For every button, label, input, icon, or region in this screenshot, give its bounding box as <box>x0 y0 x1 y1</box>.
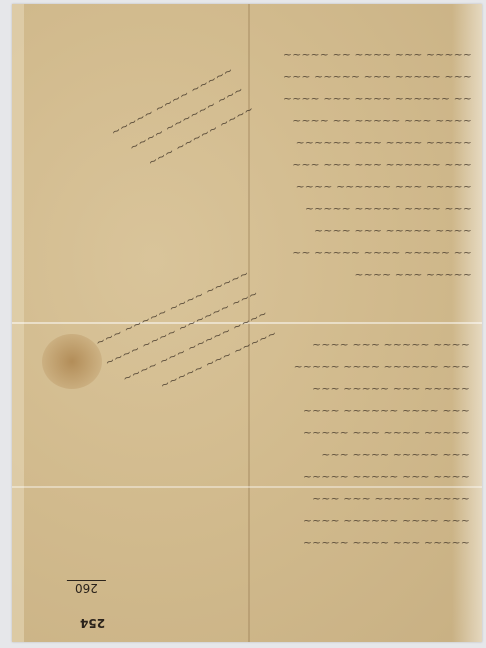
ink-stain <box>42 334 102 389</box>
right-column-text-bottom: ~~~~ ~~~~~ ~~~ ~~~~~~~ ~~~~~~ ~~~~ ~~~~~… <box>260 334 470 554</box>
diagonal-marginal-note: ~~~~~ ~~~~ ~~~~~~~~ ~~~~~~ ~~~~~~~~ ~~~~… <box>107 60 258 182</box>
diagonal-marginal-note: ~~~~~ ~~~~ ~~~~~ ~~~~~~ ~~~~~~ ~~~~ ~~~~… <box>92 263 281 413</box>
folio-number-upper: 260 <box>67 580 106 595</box>
right-column-text-top: ~~~~~ ~~~ ~~~~ ~~ ~~~~~~~~ ~~~~~ ~~~ ~~~… <box>262 44 472 286</box>
manuscript-page: ~~~~~ ~~~ ~~~~ ~~ ~~~~~~~~ ~~~~~ ~~~ ~~~… <box>12 4 482 642</box>
folio-number-lower: 254 <box>80 616 105 630</box>
